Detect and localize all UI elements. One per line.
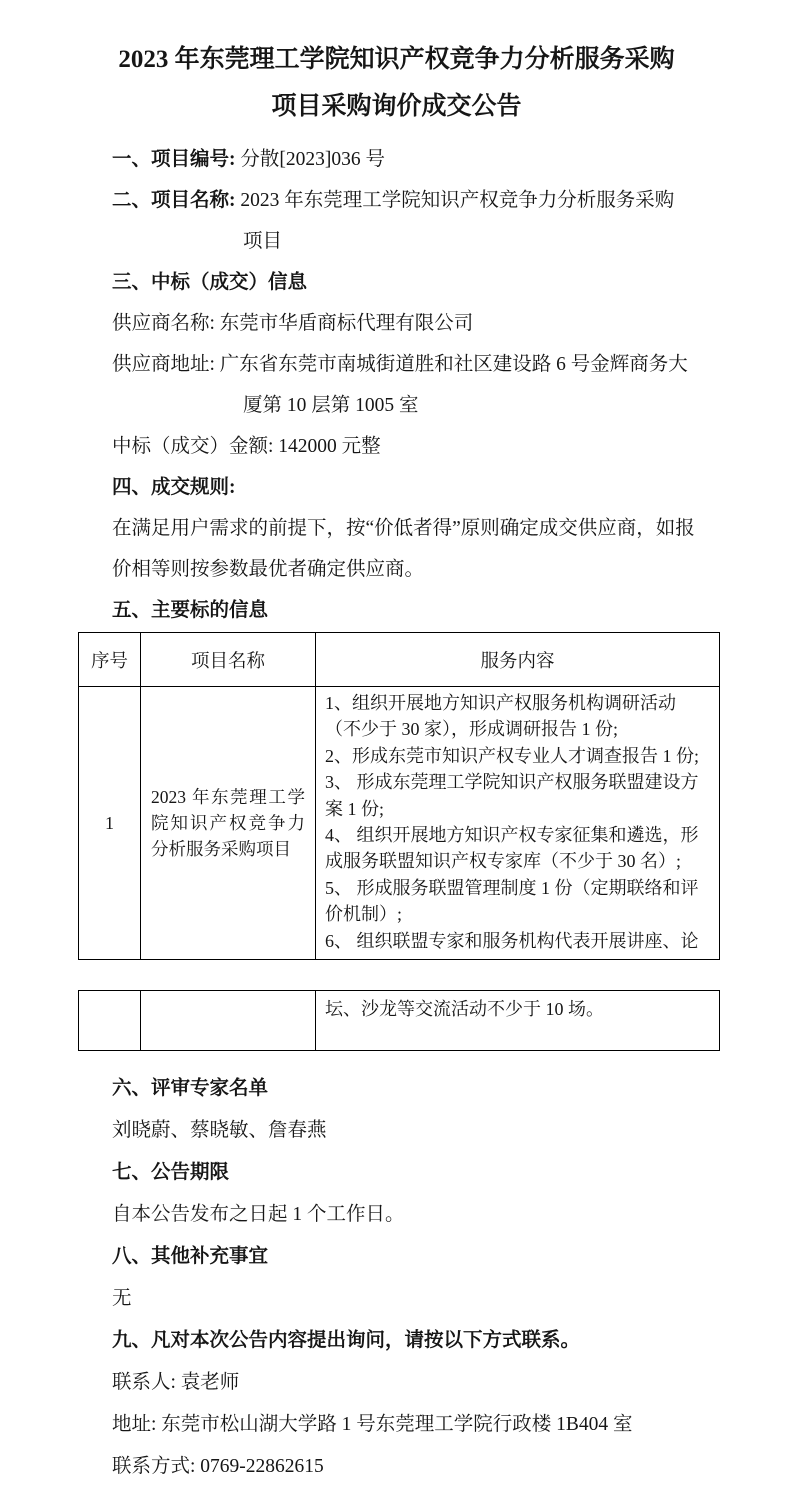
section-2-project-name: 二、项目名称: 2023 年东莞理工学院知识产权竞争力分析服务采购 bbox=[112, 177, 753, 218]
award-rule-line2: 价相等则按参数最优者确定供应商。 bbox=[112, 546, 753, 587]
contact-address: 地址: 东莞市松山湖大学路 1 号东莞理工学院行政楼 1B404 室 bbox=[112, 1401, 753, 1443]
award-rule-line1: 在满足用户需求的前提下，按“价低者得”原则确定成交供应商，如报 bbox=[112, 505, 753, 546]
supplier-address-line2: 厦第 10 层第 1005 室 bbox=[112, 382, 753, 423]
supplier-name: 供应商名称: 东莞市华盾商标代理有限公司 bbox=[112, 300, 753, 341]
section-2-continuation: 项目 bbox=[112, 218, 753, 259]
table-continuation-row: 坛、沙龙等交流活动不少于 10 场。 bbox=[79, 991, 720, 1051]
page-title: 2023 年东莞理工学院知识产权竞争力分析服务采购 项目采购询价成交公告 bbox=[0, 0, 793, 130]
section-2-label: 二、项目名称: bbox=[112, 184, 236, 212]
section-1-label: 一、项目编号: bbox=[112, 143, 236, 171]
section-1-project-number: 一、项目编号: 分散[2023]036 号 bbox=[112, 136, 753, 177]
cell-service-content-continuation: 坛、沙龙等交流活动不少于 10 场。 bbox=[316, 991, 720, 1051]
page-title-line2: 项目采购询价成交公告 bbox=[0, 83, 793, 130]
cell-row-number: 1 bbox=[79, 687, 141, 960]
table-header-project-name: 项目名称 bbox=[141, 633, 316, 687]
cell-project-name-empty bbox=[141, 991, 316, 1051]
contact-phone: 联系方式: 0769-22862615 bbox=[112, 1443, 753, 1485]
subject-info-table: 序号 项目名称 服务内容 1 2023 年东莞理工学院知识产权竞争力分析服务采购… bbox=[78, 632, 720, 960]
section-1-value: 分散[2023]036 号 bbox=[236, 143, 386, 171]
contact-person: 联系人: 袁老师 bbox=[112, 1359, 753, 1401]
page-title-line1: 2023 年东莞理工学院知识产权竞争力分析服务采购 bbox=[0, 36, 793, 83]
section-6-heading: 六、评审专家名单 bbox=[112, 1065, 753, 1107]
section-3-heading: 三、中标（成交）信息 bbox=[112, 259, 753, 300]
section-7-heading: 七、公告期限 bbox=[112, 1149, 753, 1191]
cell-row-number-empty bbox=[79, 991, 141, 1051]
expert-list: 刘晓蔚、蔡晓敏、詹春燕 bbox=[112, 1107, 753, 1149]
section-8-heading: 八、其他补充事宜 bbox=[112, 1233, 753, 1275]
section-4-heading: 四、成交规则: bbox=[112, 464, 753, 505]
other-notes: 无 bbox=[112, 1275, 753, 1317]
table-row: 1 2023 年东莞理工学院知识产权竞争力分析服务采购项目 1、组织开展地方知识… bbox=[79, 687, 720, 960]
cell-project-name: 2023 年东莞理工学院知识产权竞争力分析服务采购项目 bbox=[141, 687, 316, 960]
award-amount: 中标（成交）金额: 142000 元整 bbox=[112, 423, 753, 464]
body-text-upper: 一、项目编号: 分散[2023]036 号 二、项目名称: 2023 年东莞理工… bbox=[112, 136, 753, 628]
table-header-no: 序号 bbox=[79, 633, 141, 687]
body-text-lower: 六、评审专家名单 刘晓蔚、蔡晓敏、詹春燕 七、公告期限 自本公告发布之日起 1 … bbox=[112, 1065, 753, 1485]
subject-info-table-continuation: 坛、沙龙等交流活动不少于 10 场。 bbox=[78, 990, 720, 1051]
table-header-row: 序号 项目名称 服务内容 bbox=[79, 633, 720, 687]
supplier-address-line1: 供应商地址: 广东省东莞市南城街道胜和社区建设路 6 号金辉商务大 bbox=[112, 341, 753, 382]
table-header-service-content: 服务内容 bbox=[316, 633, 720, 687]
cell-service-content: 1、组织开展地方知识产权服务机构调研活动（不少于 30 家），形成调研报告 1 … bbox=[316, 687, 720, 960]
section-2-value: 2023 年东莞理工学院知识产权竞争力分析服务采购 bbox=[236, 184, 675, 212]
notice-period: 自本公告发布之日起 1 个工作日。 bbox=[112, 1191, 753, 1233]
document-page: 2023 年东莞理工学院知识产权竞争力分析服务采购 项目采购询价成交公告 一、项… bbox=[0, 0, 793, 1498]
section-9-heading: 九、凡对本次公告内容提出询问，请按以下方式联系。 bbox=[112, 1317, 753, 1359]
section-5-heading: 五、主要标的信息 bbox=[112, 587, 753, 628]
